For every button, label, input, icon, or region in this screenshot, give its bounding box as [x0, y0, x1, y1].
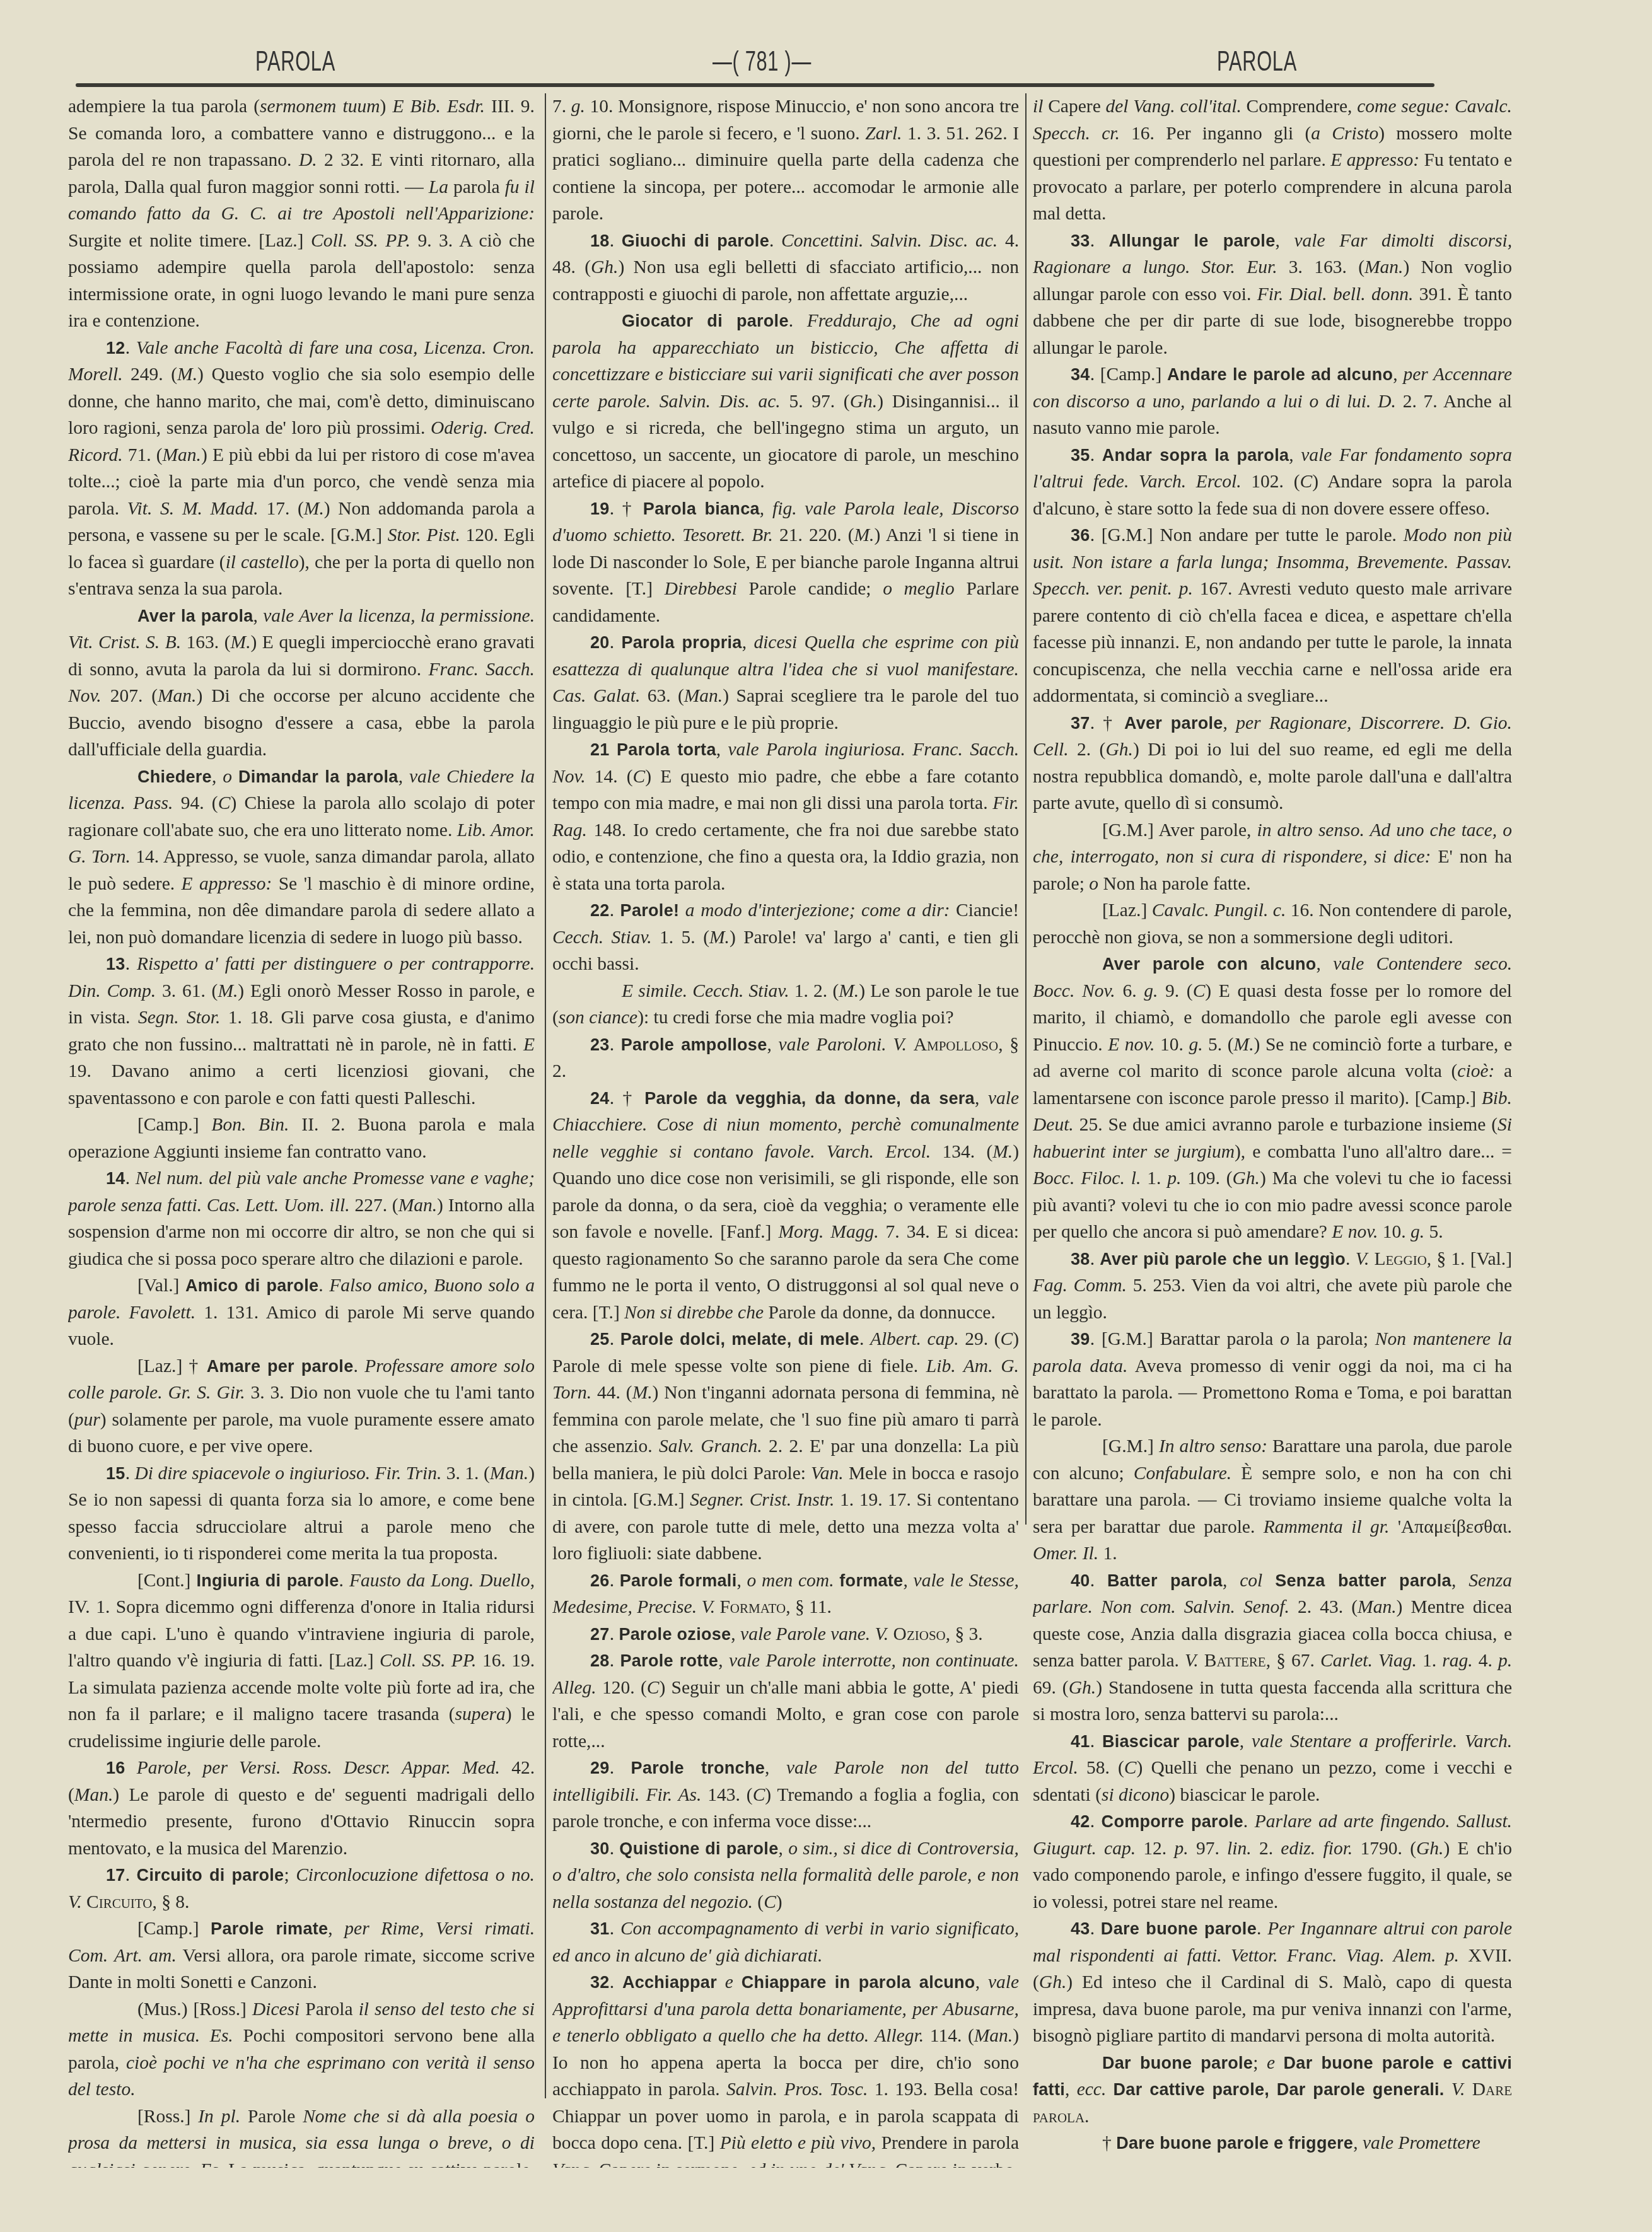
- dictionary-entry: 37. † Aver parole, per Ragionare, Discor…: [1033, 710, 1512, 817]
- dictionary-entry: [G.M.] In altro senso: Barattare una par…: [1033, 1433, 1512, 1567]
- dictionary-entry: E simile. Cecch. Stiav. 1. 2. (M.) Le so…: [552, 978, 1019, 1032]
- dictionary-entry: il Capere del Vang. coll'ital. Comprende…: [1033, 93, 1512, 228]
- dictionary-entry: 42. Comporre parole. Parlare ad arte fin…: [1033, 1808, 1512, 1915]
- dictionary-page: PAROLA —( 781 )— PAROLA adempiere la tua…: [0, 0, 1652, 2232]
- column-separator-2: [1025, 93, 1027, 1525]
- dictionary-entry: 43. Dare buone parole. Per Ingannare alt…: [1033, 1915, 1512, 2050]
- dictionary-entry: 27. Parole oziose, vale Parole vane. V. …: [552, 1621, 1019, 1648]
- dictionary-entry: 26. Parole formali, o men com. formate, …: [552, 1567, 1019, 1621]
- dictionary-entry: Aver parole con alcuno, vale Contendere …: [1033, 951, 1512, 1246]
- page-number: —( 781 )—: [713, 46, 811, 78]
- dictionary-entry: adempiere la tua parola (sermonem tuum) …: [68, 93, 535, 335]
- dictionary-entry: 30. Quistione di parole, o sim., si dice…: [552, 1835, 1019, 1916]
- column-separator-1: [545, 93, 546, 2098]
- dictionary-entry: (Mus.) [Ross.] Dicesi Parola il senso de…: [68, 1996, 535, 2103]
- dictionary-entry: 19. † Parola bianca, fig. vale Parola le…: [552, 496, 1019, 630]
- dictionary-entry: 20. Parola propria, dicesi Quella che es…: [552, 629, 1019, 736]
- dictionary-entry: Giocator di parole. Freddurajo, Che ad o…: [552, 308, 1019, 496]
- column-3: il Capere del Vang. coll'ital. Comprende…: [1033, 93, 1512, 2168]
- dictionary-entry: 13. Rispetto a' fatti per distinguere o …: [68, 951, 535, 1112]
- dictionary-entry: [Camp.] Bon. Bin. II. 2. Buona parola e …: [68, 1112, 535, 1165]
- dictionary-entry: [Ross.] In pl. Parole Nome che si dà all…: [68, 2103, 535, 2168]
- dictionary-entry: [Camp.] Parole rimate, per Rime, Versi r…: [68, 1915, 535, 1996]
- dictionary-entry: 29. Parole tronche, vale Parole non del …: [552, 1755, 1019, 1835]
- dictionary-entry: 18. Giuochi di parole. Concettini. Salvi…: [552, 228, 1019, 308]
- dictionary-entry: 36. [G.M.] Non andare per tutte le parol…: [1033, 522, 1512, 710]
- dictionary-entry: 40. Batter parola, col Senza batter paro…: [1033, 1567, 1512, 1728]
- dictionary-entry: 39. [G.M.] Barattar parola o la parola; …: [1033, 1326, 1512, 1433]
- column-1: adempiere la tua parola (sermonem tuum) …: [68, 93, 535, 2168]
- dictionary-entry: 17. Circuito di parole; Circonlocuzione …: [68, 1862, 535, 1915]
- dictionary-entry: Dar buone parole; e Dar buone parole e c…: [1033, 2050, 1512, 2130]
- running-head: PAROLA —( 781 )— PAROLA: [0, 35, 1652, 79]
- dictionary-entry: [Val.] Amico di parole. Falso amico, Buo…: [68, 1272, 535, 1353]
- dictionary-entry: [G.M.] Aver parole, in altro senso. Ad u…: [1033, 817, 1512, 898]
- dictionary-entry: 15. Di dire spiacevole o ingiurioso. Fir…: [68, 1460, 535, 1567]
- dictionary-entry: 32. Acchiappar e Chiappare in parola alc…: [552, 1969, 1019, 2168]
- dictionary-entry: 33. Allungar le parole, vale Far dimolti…: [1033, 228, 1512, 362]
- text-columns: adempiere la tua parola (sermonem tuum) …: [68, 93, 1525, 2187]
- dictionary-entry: 7. g. 10. Monsignore, rispose Minuccio, …: [552, 93, 1019, 228]
- dictionary-entry: 14. Nel num. del più vale anche Promesse…: [68, 1165, 535, 1272]
- dictionary-entry: 16 Parole, per Versi. Ross. Descr. Appar…: [68, 1755, 535, 1862]
- header-right-keyword: PAROLA: [1217, 46, 1297, 78]
- dictionary-entry: Aver la parola, vale Aver la licenza, la…: [68, 603, 535, 764]
- dictionary-entry: 31. Con accompagnamento di verbi in vari…: [552, 1915, 1019, 1969]
- column-2: 7. g. 10. Monsignore, rispose Minuccio, …: [552, 93, 1019, 2168]
- dictionary-entry: 28. Parole rotte, vale Parole interrotte…: [552, 1648, 1019, 1755]
- dictionary-entry: 38. Aver più parole che un leggìo. V. Le…: [1033, 1246, 1512, 1327]
- dictionary-entry: [Laz.] Cavalc. Pungil. c. 16. Non conten…: [1033, 897, 1512, 951]
- dictionary-entry: 23. Parole ampollose, vale Paroloni. V. …: [552, 1032, 1019, 1085]
- dictionary-entry: 41. Biascicar parole, vale Stentare a pr…: [1033, 1728, 1512, 1809]
- dictionary-entry: 21 Parola torta, vale Parola ingiuriosa.…: [552, 736, 1019, 897]
- dictionary-entry: [Laz.] † Amare per parole. Professare am…: [68, 1353, 535, 1460]
- dictionary-entry: 35. Andar sopra la parola, vale Far fond…: [1033, 442, 1512, 523]
- header-rule: [76, 83, 1434, 87]
- dictionary-entry: Chiedere, o Dimandar la parola, vale Chi…: [68, 764, 535, 951]
- dictionary-entry: 12. Vale anche Facoltà di fare una cosa,…: [68, 335, 535, 603]
- dictionary-entry: [Cont.] Ingiuria di parole. Fausto da Lo…: [68, 1567, 535, 1755]
- dictionary-entry: 25. Parole dolci, melate, di mele. Alber…: [552, 1326, 1019, 1567]
- dictionary-entry: 22. Parole! a modo d'interjezione; come …: [552, 897, 1019, 978]
- dictionary-entry: 24. † Parole da vegghia, da donne, da se…: [552, 1085, 1019, 1327]
- header-left-keyword: PAROLA: [255, 46, 335, 78]
- dictionary-entry: 34. [Camp.] Andare le parole ad alcuno, …: [1033, 361, 1512, 442]
- dictionary-entry: † Dare buone parole e friggere, vale Pro…: [1033, 2130, 1512, 2157]
